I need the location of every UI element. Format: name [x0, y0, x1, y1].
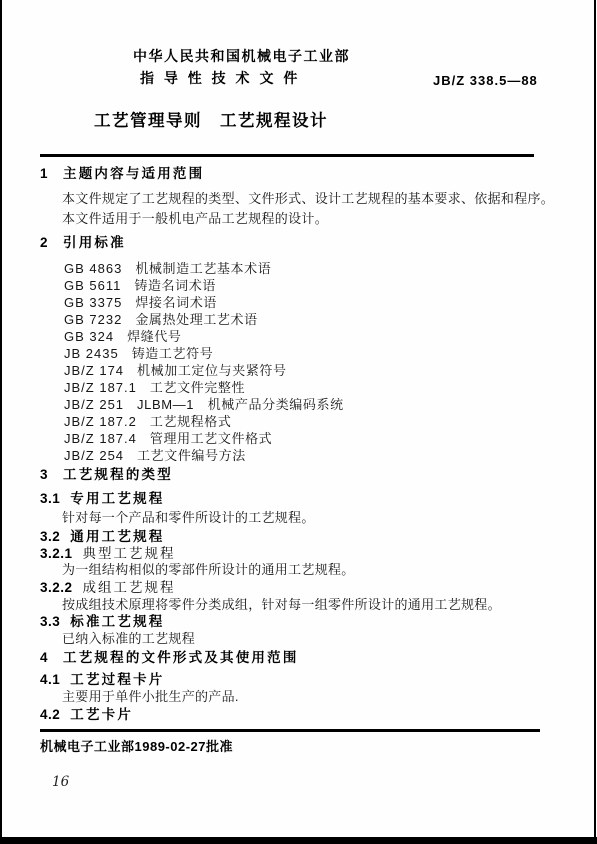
approval-note: 机械电子工业部1989-02-27批准 — [40, 739, 233, 755]
section-title: 工艺卡片 — [70, 707, 133, 722]
scan-edge-right — [594, 0, 596, 844]
paragraph: 本文件规定了工艺规程的类型、文件形式、设计工艺规程的基本要求、依据和程序。 — [62, 191, 554, 207]
page-number: 16 — [52, 774, 69, 791]
standard-code: JB/Z 174 — [64, 362, 124, 379]
section-title: 工艺过程卡片 — [70, 672, 164, 687]
standard-title: 工艺文件完整性 — [150, 380, 245, 395]
section-number: 2 — [40, 235, 48, 250]
standard-title: 管理用工艺文件格式 — [150, 431, 272, 446]
section-4-2-heading: 4.2工艺卡片 — [40, 707, 133, 724]
section-4-heading: 4工艺规程的文件形式及其使用范围 — [40, 650, 299, 667]
footer-divider — [40, 729, 540, 732]
scan-edge-bottom — [0, 837, 597, 844]
standard-title: 焊接名词术语 — [135, 295, 217, 310]
paragraph: 已纳入标准的工艺规程 — [62, 631, 195, 647]
standard-title: 铸造工艺符号 — [132, 346, 214, 361]
standard-title: 焊缝代号 — [127, 329, 181, 344]
standard-code: GB 4863 — [64, 260, 122, 277]
reference-item: GB 7232金属热处理工艺术语 — [64, 311, 344, 328]
paragraph: 为一组结构相似的零部件所设计的通用工艺规程。 — [62, 562, 355, 578]
section-3-1-heading: 3.1专用工艺规程 — [40, 491, 164, 508]
reference-item: JB/Z 187.2工艺规程格式 — [64, 413, 344, 430]
section-1-heading: 1主题内容与适用范围 — [40, 166, 204, 183]
reference-item: JB/Z 251JLBM—1 机械产品分类编码系统 — [64, 396, 344, 413]
reference-item: GB 4863机械制造工艺基本术语 — [64, 260, 344, 277]
section-2-heading: 2引用标准 — [40, 235, 126, 252]
section-number: 4.1 — [40, 672, 60, 687]
section-3-3-heading: 3.3标准工艺规程 — [40, 614, 164, 631]
standard-title: 金属热处理工艺术语 — [135, 312, 257, 327]
section-number: 3.2.1 — [40, 546, 73, 561]
section-title: 主题内容与适用范围 — [63, 166, 204, 181]
section-number: 3.2 — [40, 529, 60, 544]
standard-code: JB/Z 251 — [64, 396, 124, 413]
section-3-2-1-heading: 3.2.1典型工艺规程 — [40, 546, 176, 563]
reference-item: GB 5611铸造名词术语 — [64, 277, 344, 294]
standard-code: GB 3375 — [64, 294, 122, 311]
document-title: 工艺管理导则 工艺规程设计 — [94, 111, 328, 132]
reference-item: JB/Z 254工艺文件编号方法 — [64, 447, 344, 464]
references-list: GB 4863机械制造工艺基本术语 GB 5611铸造名词术语 GB 3375焊… — [64, 260, 344, 464]
section-title: 通用工艺规程 — [70, 529, 164, 544]
issuing-authority: 中华人民共和国机械电子工业部 — [133, 48, 350, 66]
reference-item: GB 324焊缝代号 — [64, 328, 344, 345]
section-number: 4.2 — [40, 707, 60, 722]
section-title: 标准工艺规程 — [70, 614, 164, 629]
paragraph: 按成组技术原理将零件分类成组，针对每一组零件所设计的通用工艺规程。 — [62, 597, 501, 613]
section-4-1-heading: 4.1工艺过程卡片 — [40, 672, 164, 689]
standard-code: JB 2435 — [64, 345, 119, 362]
standard-title: JLBM—1 机械产品分类编码系统 — [137, 397, 344, 412]
section-3-2-2-heading: 3.2.2成组工艺规程 — [40, 580, 176, 597]
header-divider — [40, 154, 534, 157]
section-title: 引用标准 — [63, 235, 126, 250]
paragraph: 本文件适用于一般机电产品工艺规程的设计。 — [62, 211, 328, 227]
standard-number: JB/Z 338.5—88 — [433, 73, 538, 89]
document-type: 指 导 性 技 术 文 件 — [140, 70, 300, 88]
standard-title: 工艺规程格式 — [150, 414, 232, 429]
reference-item: JB/Z 187.1工艺文件完整性 — [64, 379, 344, 396]
section-title: 典型工艺规程 — [83, 546, 176, 561]
reference-item: JB/Z 174机械加工定位与夹紧符号 — [64, 362, 344, 379]
standard-title: 工艺文件编号方法 — [137, 448, 246, 463]
section-title: 成组工艺规程 — [83, 580, 176, 595]
document-page: 中华人民共和国机械电子工业部 指 导 性 技 术 文 件 JB/Z 338.5—… — [0, 0, 597, 844]
standard-title: 机械制造工艺基本术语 — [135, 261, 271, 276]
reference-item: GB 3375焊接名词术语 — [64, 294, 344, 311]
standard-code: JB/Z 187.4 — [64, 430, 137, 447]
scan-edge-left — [0, 0, 2, 844]
standard-code: GB 324 — [64, 328, 114, 345]
standard-code: JB/Z 254 — [64, 447, 124, 464]
standard-code: GB 7232 — [64, 311, 122, 328]
section-title: 工艺规程的文件形式及其使用范围 — [63, 650, 299, 665]
standard-code: JB/Z 187.1 — [64, 379, 137, 396]
standard-code: GB 5611 — [64, 277, 121, 294]
section-3-heading: 3工艺规程的类型 — [40, 467, 173, 484]
section-number: 3 — [40, 467, 48, 482]
paragraph: 针对每一个产品和零件所设计的工艺规程。 — [62, 510, 315, 526]
reference-item: JB/Z 187.4管理用工艺文件格式 — [64, 430, 344, 447]
paragraph: 主要用于单件小批生产的产品. — [62, 689, 239, 705]
section-title: 专用工艺规程 — [70, 491, 164, 506]
standard-code: JB/Z 187.2 — [64, 413, 137, 430]
section-number: 1 — [40, 166, 48, 181]
section-3-2-heading: 3.2通用工艺规程 — [40, 529, 164, 546]
reference-item: JB 2435铸造工艺符号 — [64, 345, 344, 362]
standard-title: 铸造名词术语 — [134, 278, 216, 293]
section-number: 3.3 — [40, 614, 60, 629]
section-number: 3.2.2 — [40, 580, 73, 595]
standard-title: 机械加工定位与夹紧符号 — [137, 363, 287, 378]
section-number: 4 — [40, 650, 48, 665]
section-title: 工艺规程的类型 — [63, 467, 173, 482]
section-number: 3.1 — [40, 491, 60, 506]
